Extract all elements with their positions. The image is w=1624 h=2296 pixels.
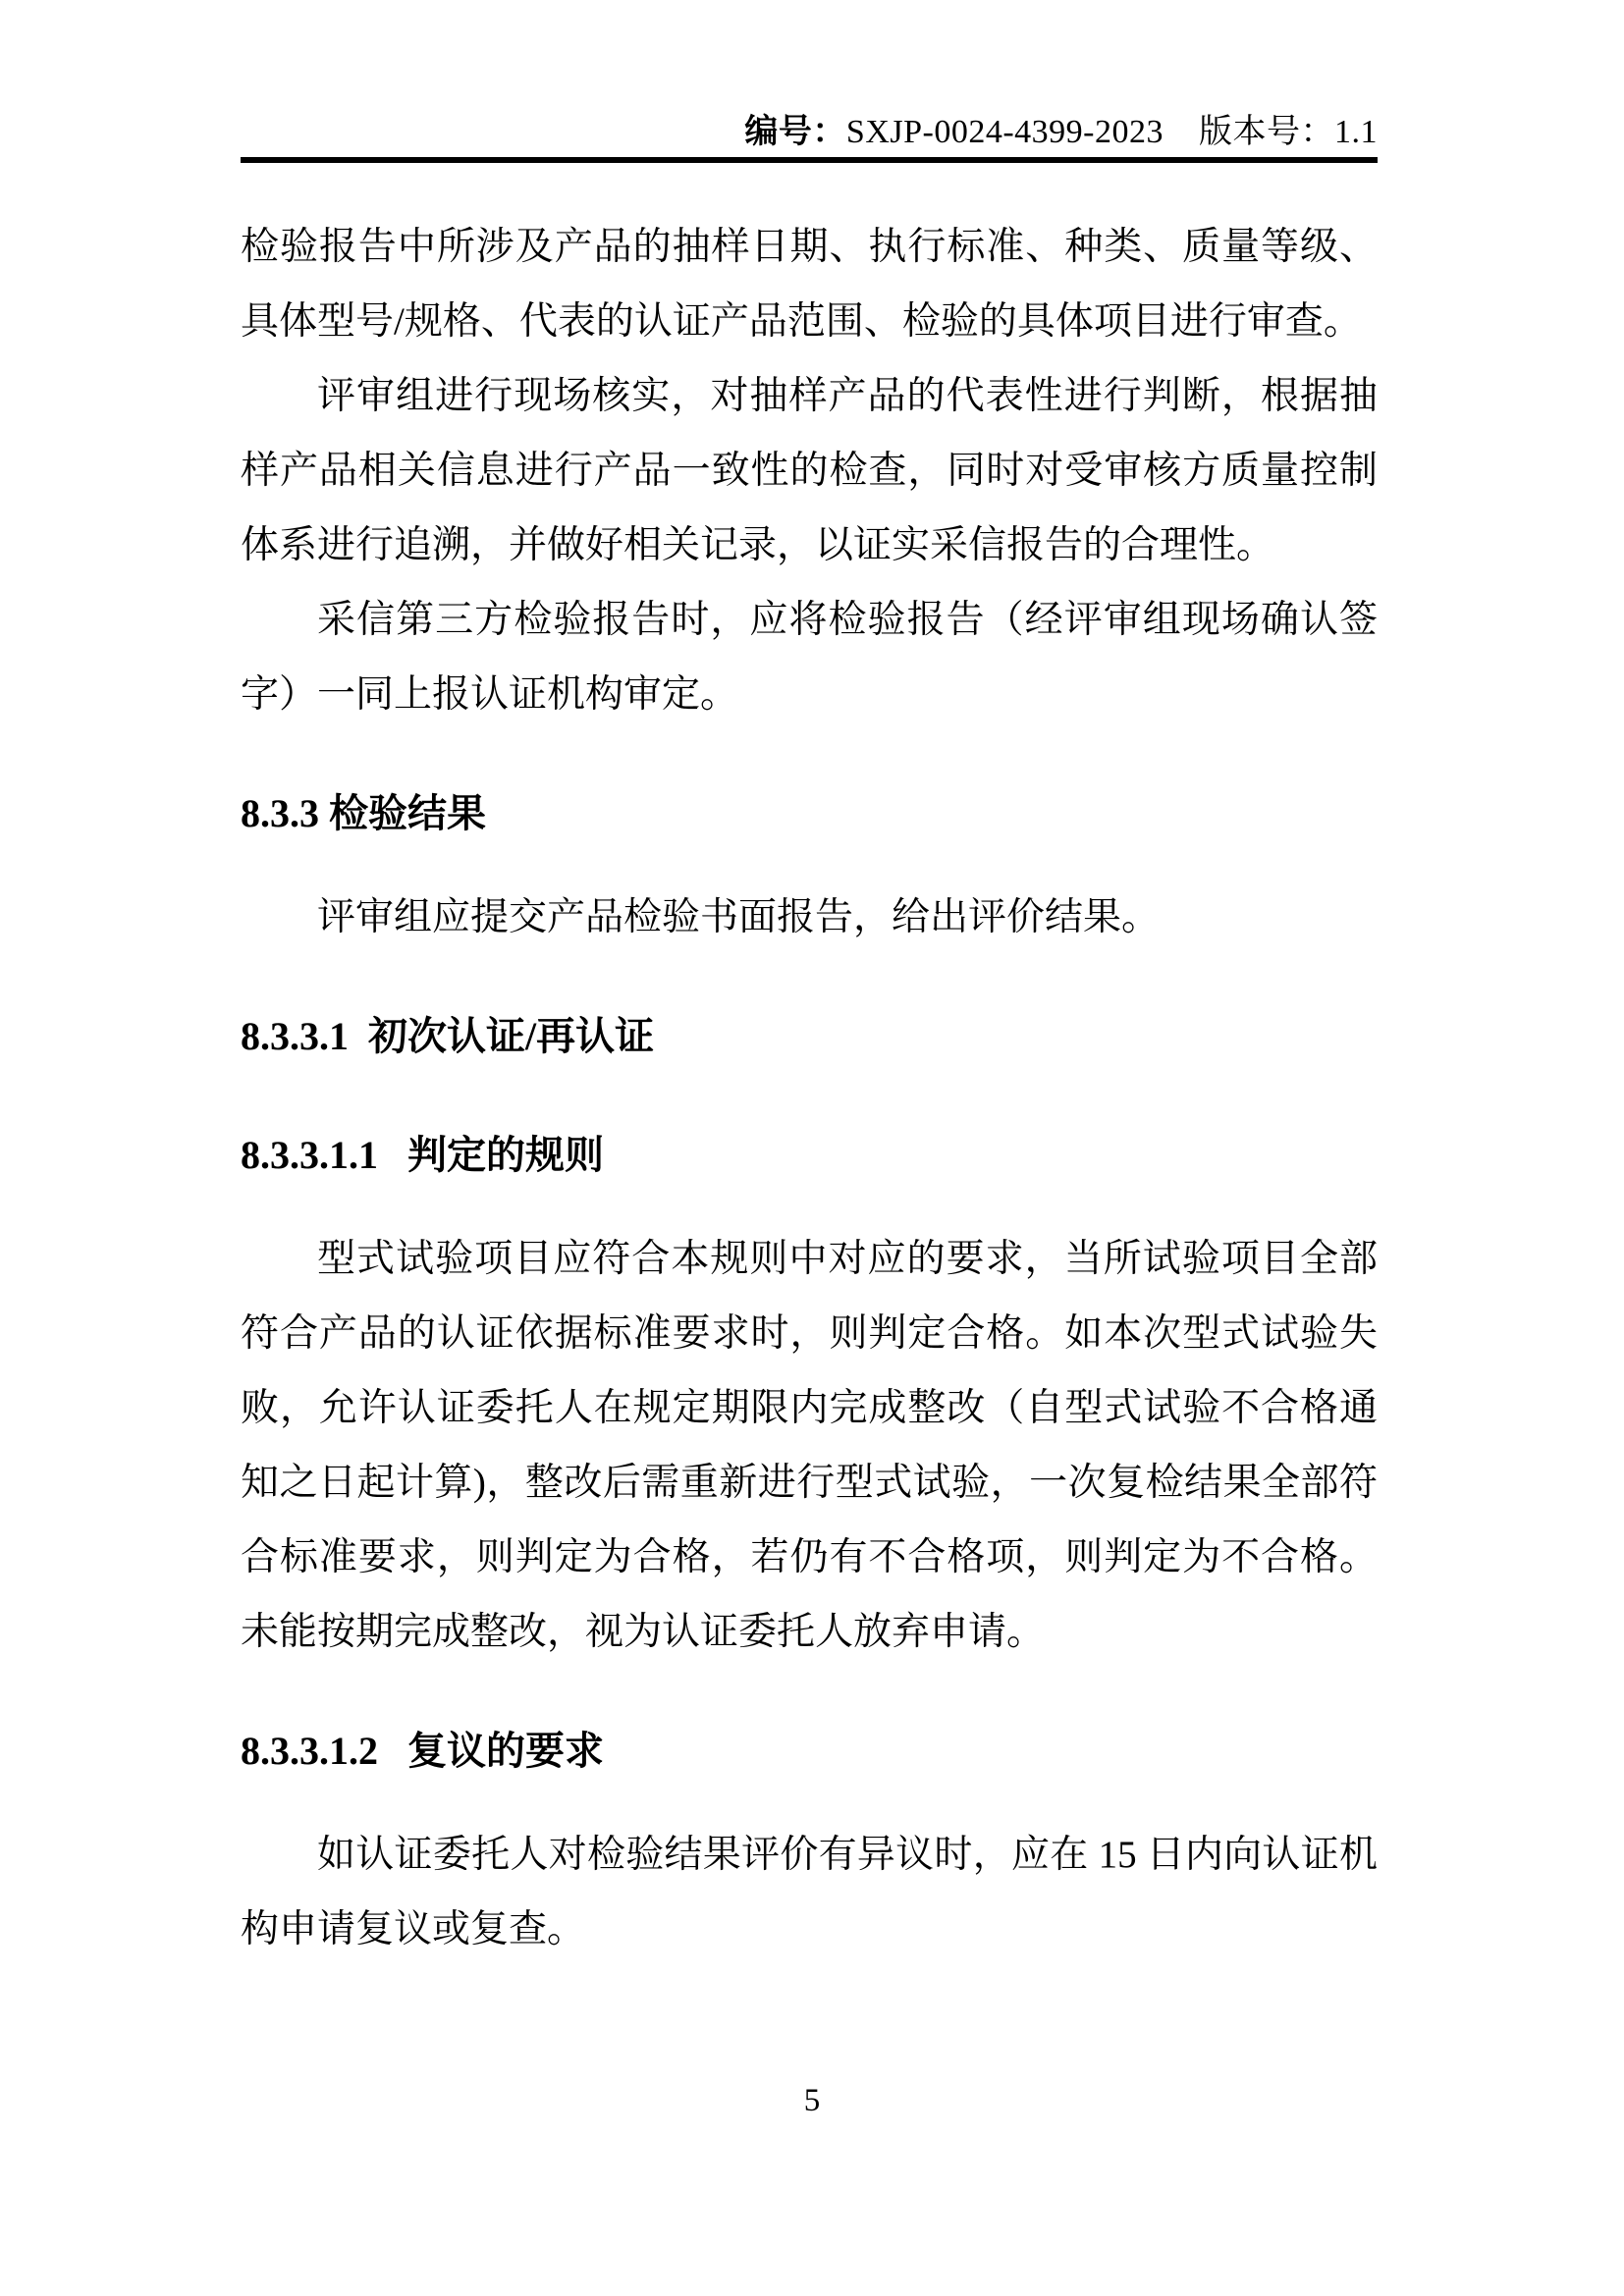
paragraph-type-test-rules: 型式试验项目应符合本规则中对应的要求，当所试验项目全部符合产品的认证依据标准要求…	[241, 1222, 1378, 1670]
document-body: 检验报告中所涉及产品的抽样日期、执行标准、种类、质量等级、具体型号/规格、代表的…	[241, 210, 1378, 1967]
heading-8-3-3-1-initial-recertification: 8.3.3.1 初次认证/再认证	[241, 999, 1378, 1074]
page-number: 5	[0, 2081, 1624, 2120]
paragraph-objection-review: 如认证委托人对检验结果评价有异议时，应在 15 日内向认证机构申请复议或复查。	[241, 1818, 1378, 1967]
heading-8-3-3-1-2-review-requirements: 8.3.3.1.2 复议的要求	[241, 1714, 1378, 1789]
header-divider	[241, 157, 1378, 163]
paragraph-onsite-verification: 评审组进行现场核实，对抽样产品的代表性进行判断，根据抽样产品相关信息进行产品一致…	[241, 359, 1378, 583]
document-page: 编号：SXJP-0024-4399-2023版本号：1.1 检验报告中所涉及产品…	[0, 0, 1624, 2296]
heading-8-3-3-inspection-results: 8.3.3 检验结果	[241, 776, 1378, 851]
paragraph-inspection-report-review: 检验报告中所涉及产品的抽样日期、执行标准、种类、质量等级、具体型号/规格、代表的…	[241, 210, 1378, 359]
paragraph-third-party-report: 采信第三方检验报告时，应将检验报告（经评审组现场确认签字）一同上报认证机构审定。	[241, 583, 1378, 732]
doc-version-value: 1.1	[1334, 114, 1378, 150]
doc-version-label: 版本号：	[1199, 114, 1334, 150]
paragraph-written-report: 评审组应提交产品检验书面报告，给出评价结果。	[241, 881, 1378, 955]
heading-8-3-3-1-1-judgment-rules: 8.3.3.1.1 判定的规则	[241, 1118, 1378, 1193]
doc-number-value: SXJP-0024-4399-2023	[846, 114, 1164, 150]
doc-number-label: 编号：	[744, 114, 846, 150]
document-header: 编号：SXJP-0024-4399-2023版本号：1.1	[241, 110, 1378, 155]
